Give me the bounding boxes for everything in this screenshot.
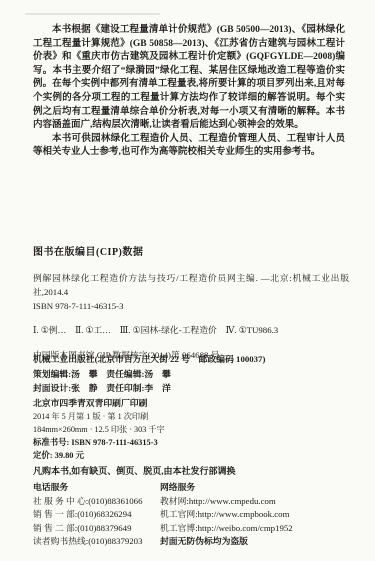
format-line: 184mm×260mm · 12.5 印张 · 303 千字 [33, 423, 349, 436]
printer-line: 北京市四季青双青印刷厂印刷 [33, 396, 349, 411]
replacement-notice: 凡购本书,如有缺页、倒页、脱页,由本社发行部调换 [33, 464, 363, 478]
publisher-block: 机械工业出版社(北京市百万庄大街 22 号 邮政编码 100037) 策划编辑:… [33, 352, 349, 462]
standard-book-number: 标准书号: ISBN 978-7-111-46315-3 [33, 436, 349, 449]
phone-row-sales-1: 销 售 一 部:(010)68326294 [33, 508, 160, 522]
book-copyright-page: { "page": { "background": "#fafaf7", "te… [0, 0, 375, 561]
scan-artifact-line [25, 13, 160, 15]
publisher-name-address: 机械工业出版社(北京市百万庄大街 22 号 邮政编码 100037) [33, 352, 349, 367]
cip-classification-line: Ⅰ. ①例… Ⅱ. ①工… Ⅲ. ①园林-绿化-工程造价 Ⅳ. ①TU986.3 [33, 323, 349, 336]
cip-data-block: 图书在版编目(CIP)数据 例解园林绿化工程造价方法与技巧/工程造价员网主编. … [33, 243, 349, 361]
phone-row-reader-hotline: 读者购书热线:(010)88379203 [33, 535, 160, 549]
web-row-weibo: 机工官博:http://weibo.com/cmp1952 [160, 522, 363, 536]
book-introduction: 本书根据《建设工程量清单计价规范》(GB 50500—2013)、《园林绿化工程… [33, 24, 345, 160]
cip-isbn-line: ISBN 978-7-111-46315-3 [33, 299, 349, 313]
web-row-textbook-site: 教材网:http://www.cmpedu.com [160, 495, 363, 509]
phone-row-sales-2: 销 售 二 部:(010)88379649 [33, 522, 160, 536]
phone-service-header: 电话服务 [33, 481, 160, 495]
cip-title-line: 例解园林绿化工程造价方法与技巧/工程造价员网主编. —北京:机械工业出版社,20… [33, 271, 349, 299]
phone-row-service-center: 社 服 务 中 心:(010)88361066 [33, 495, 160, 509]
price-line: 定价: 39.80 元 [33, 449, 349, 462]
edition-line: 2014 年 5 月第 1 版 · 第 1 次印刷 [33, 410, 349, 423]
cover-design-line: 封面设计:张 静 责任印制:李 洋 [33, 381, 349, 396]
web-service-header: 网络服务 [160, 481, 363, 495]
editors-line: 策划编辑:汤 攀 责任编辑:汤 攀 [33, 367, 349, 382]
intro-paragraph-2: 本书可供园林绿化工程造价人员、工程造价管理人员、工程审计人员等相关专业人士参考,… [33, 133, 345, 160]
service-columns: 电话服务 网络服务 社 服 务 中 心:(010)88361066 教材网:ht… [33, 481, 363, 549]
service-block: 凡购本书,如有缺页、倒页、脱页,由本社发行部调换 电话服务 网络服务 社 服 务… [33, 464, 363, 549]
cip-heading: 图书在版编目(CIP)数据 [33, 243, 349, 258]
web-row-official-site: 机工官网:http://www.cmpbook.com [160, 508, 363, 522]
intro-paragraph-1: 本书根据《建设工程量清单计价规范》(GB 50500—2013)、《园林绿化工程… [33, 24, 345, 133]
anti-piracy-notice: 封面无防伪标均为盗版 [160, 535, 363, 549]
